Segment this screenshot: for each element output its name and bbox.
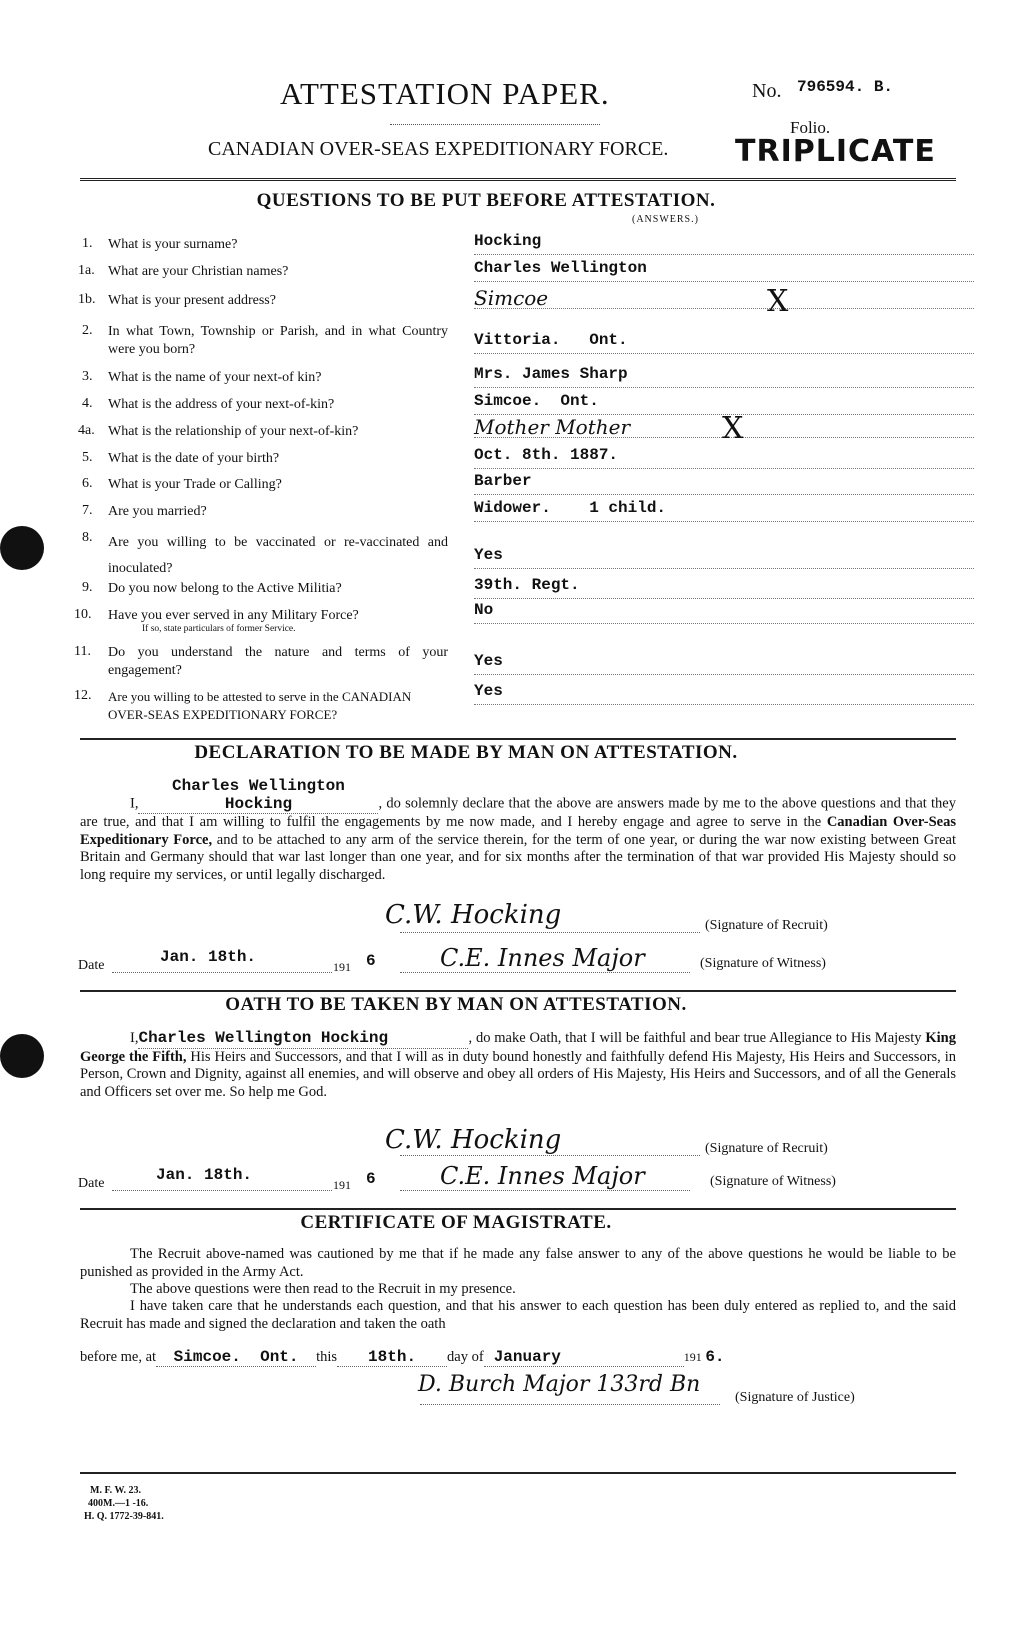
question-row-7: 7. Are you married? Widower. 1 child. (82, 503, 962, 529)
question-row-1b: 1b. What is your present address? Simcoe… (82, 292, 962, 318)
day-field: 18th. (337, 1348, 447, 1367)
year-suffix: 6. (705, 1348, 724, 1366)
place-field: Simcoe. Ont. (156, 1348, 316, 1367)
witness-signature-oath: C.E. Innes Major (440, 1162, 645, 1190)
signature-line (400, 1155, 700, 1156)
answer-present-address: Simcoe (474, 286, 974, 309)
punch-hole-decoration (0, 526, 44, 570)
answer-understand-terms: Yes (474, 652, 974, 675)
print-run: 400M.—1 -16. (84, 1497, 164, 1510)
day-of-label: day of (447, 1349, 484, 1365)
question-text: What is the address of your next-of-kin? (108, 396, 528, 414)
witness-signature-declaration: C.E. Innes Major (440, 944, 645, 972)
question-number: 1a. (78, 263, 108, 279)
declaration-section-title: DECLARATION TO BE MADE BY MAN ON ATTESTA… (0, 742, 972, 764)
before-me-label: before me, at (80, 1349, 156, 1365)
question-text: Are you willing to be attested to serve … (108, 688, 448, 724)
recruit-signature-oath: C.W. Hocking (385, 1125, 561, 1155)
answer-date-of-birth: Oct. 8th. 1887. (474, 446, 974, 469)
oath-divider (80, 1208, 956, 1210)
x-mark-icon: X (722, 411, 743, 446)
certificate-caution-text: The Recruit above-named was cautioned by… (80, 1246, 956, 1280)
recruit-signature-declaration: C.W. Hocking (385, 900, 561, 930)
question-text: Are you willing to be vaccinated or re-v… (108, 530, 448, 582)
header-divider (80, 178, 956, 181)
certificate-para-1: The Recruit above-named was cautioned by… (80, 1246, 956, 1281)
question-text: Have you ever served in any Military For… (108, 607, 528, 625)
signature-line (400, 972, 690, 973)
certificate-before-line: before me, atSimcoe. Ont.this18th.day of… (80, 1348, 960, 1367)
year-prefix: 191 (333, 1178, 351, 1193)
answer-surname: Hocking (474, 232, 974, 255)
certificate-divider (80, 1472, 956, 1474)
question-row-10: 10. Have you ever served in any Military… (82, 607, 962, 641)
question-row-12: 12. Are you willing to be attested to se… (82, 688, 962, 728)
question-text: Are you married? (108, 503, 528, 521)
answer-military-service: No (474, 601, 974, 624)
declaration-name-field: Charles Wellington Hocking (138, 778, 378, 814)
question-text: What is the name of your next-of kin? (108, 369, 528, 387)
answer-active-militia: 39th. Regt. (474, 576, 974, 599)
answer-next-of-kin-name: Mrs. James Sharp (474, 365, 974, 388)
declaration-prefix: I, (130, 796, 138, 812)
question-subtext: If so, state particulars of former Servi… (142, 624, 296, 634)
certificate-para-3: I have taken care that he understands ea… (80, 1298, 956, 1333)
answer-trade: Barber (474, 472, 974, 495)
declaration-body-2: and to be attached to any arm of the ser… (80, 832, 956, 883)
question-row-8: 8. Are you willing to be vaccinated or r… (82, 530, 962, 574)
oath-body-1: , do make Oath, that I will be faithful … (468, 1030, 925, 1046)
signature-line (400, 1190, 690, 1191)
punch-hole-decoration (0, 1034, 44, 1078)
signature-line (400, 932, 700, 933)
answer-willing-to-serve: Yes (474, 682, 974, 705)
document-title: ATTESTATION PAPER. (280, 76, 610, 112)
declaration-divider (80, 990, 956, 992)
date-line (112, 972, 332, 973)
questions-divider (80, 738, 956, 740)
form-reference: M. F. W. 23. 400M.—1 -16. H. Q. 1772-39-… (84, 1484, 164, 1523)
question-text: What is your present address? (108, 292, 528, 310)
question-text: What is your surname? (108, 236, 528, 254)
question-text: What is the relationship of your next-of… (108, 423, 528, 441)
date-label: Date (78, 1176, 104, 1192)
justice-signature: D. Burch Major 133rd Bn (418, 1372, 700, 1397)
question-number: 10. (74, 607, 104, 623)
witness-signature-label: (Signature of Witness) (710, 1174, 836, 1190)
question-text: What is the date of your birth? (108, 450, 528, 468)
question-number: 11. (74, 644, 104, 660)
question-text: What is your Trade or Calling? (108, 476, 528, 494)
place-value: Simcoe. Ont. (174, 1348, 299, 1366)
question-number: 1b. (78, 292, 108, 308)
questions-section-title: QUESTIONS TO BE PUT BEFORE ATTESTATION. (0, 190, 992, 212)
month-field: January (484, 1348, 684, 1367)
oath-body-2: His Heirs and Successors, and that I wil… (80, 1049, 956, 1100)
answer-married: Widower. 1 child. (474, 499, 974, 522)
year-suffix: 6 (366, 1170, 376, 1188)
recruit-signature-label: (Signature of Recruit) (705, 918, 828, 934)
question-text: Do you understand the nature and terms o… (108, 644, 448, 680)
x-mark-icon: X (767, 284, 788, 319)
question-text: What are your Christian names? (108, 263, 528, 281)
signature-line (420, 1404, 720, 1405)
question-text: In what Town, Township or Parish, and in… (108, 323, 448, 359)
oath-name-field: Charles Wellington Hocking (138, 1030, 468, 1049)
oath-prefix: I, (130, 1030, 138, 1046)
document-subtitle: CANADIAN OVER-SEAS EXPEDITIONARY FORCE. (208, 138, 668, 161)
certificate-read-text: The above questions were then read to th… (130, 1281, 516, 1297)
justice-signature-label: (Signature of Justice) (735, 1390, 855, 1406)
oath-date: Jan. 18th. (156, 1166, 252, 1184)
certificate-care-text: I have taken care that he understands ea… (80, 1298, 956, 1332)
year-prefix: 191 (333, 960, 351, 975)
question-row-11: 11. Do you understand the nature and ter… (82, 644, 962, 684)
question-number: 12. (74, 688, 104, 704)
day-value: 18th. (368, 1348, 416, 1366)
answer-vaccinated: Yes (474, 546, 974, 569)
month-value: January (494, 1348, 561, 1366)
date-line (112, 1190, 332, 1191)
hq-reference: H. Q. 1772-39-841. (84, 1510, 164, 1523)
answer-birthplace: Vittoria. Ont. (474, 331, 974, 354)
attestation-number: 796594. B. (797, 78, 893, 96)
certificate-section-title: CERTIFICATE OF MAGISTRATE. (0, 1212, 962, 1234)
certificate-para-2: The above questions were then read to th… (80, 1281, 956, 1299)
question-number: 4a. (78, 423, 108, 439)
title-underline (390, 124, 600, 125)
this-label: this (316, 1349, 337, 1365)
question-text: Do you now belong to the Active Militia? (108, 580, 528, 598)
declaration-text: I,Charles Wellington Hocking, do solemnl… (80, 778, 956, 884)
form-code: M. F. W. 23. (84, 1484, 164, 1497)
oath-name: Charles Wellington Hocking (138, 1029, 388, 1047)
oath-text: I,Charles Wellington Hocking, do make Oa… (80, 1030, 956, 1101)
year-prefix: 191 (684, 1350, 702, 1364)
declaration-date: Jan. 18th. (160, 948, 256, 966)
declaration-name: Charles Wellington Hocking (172, 777, 345, 813)
date-label: Date (78, 958, 104, 974)
recruit-signature-label: (Signature of Recruit) (705, 1141, 828, 1157)
answers-column-label: (ANSWERS.) (632, 214, 699, 225)
answer-christian-names: Charles Wellington (474, 259, 974, 282)
year-suffix: 6 (366, 952, 376, 970)
triplicate-stamp: TRIPLICATE (735, 134, 936, 169)
number-label: No. (752, 80, 781, 103)
witness-signature-label: (Signature of Witness) (700, 956, 826, 972)
oath-section-title: OATH TO BE TAKEN BY MAN ON ATTESTATION. (0, 994, 962, 1016)
question-row-2: 2. In what Town, Township or Parish, and… (82, 323, 962, 363)
